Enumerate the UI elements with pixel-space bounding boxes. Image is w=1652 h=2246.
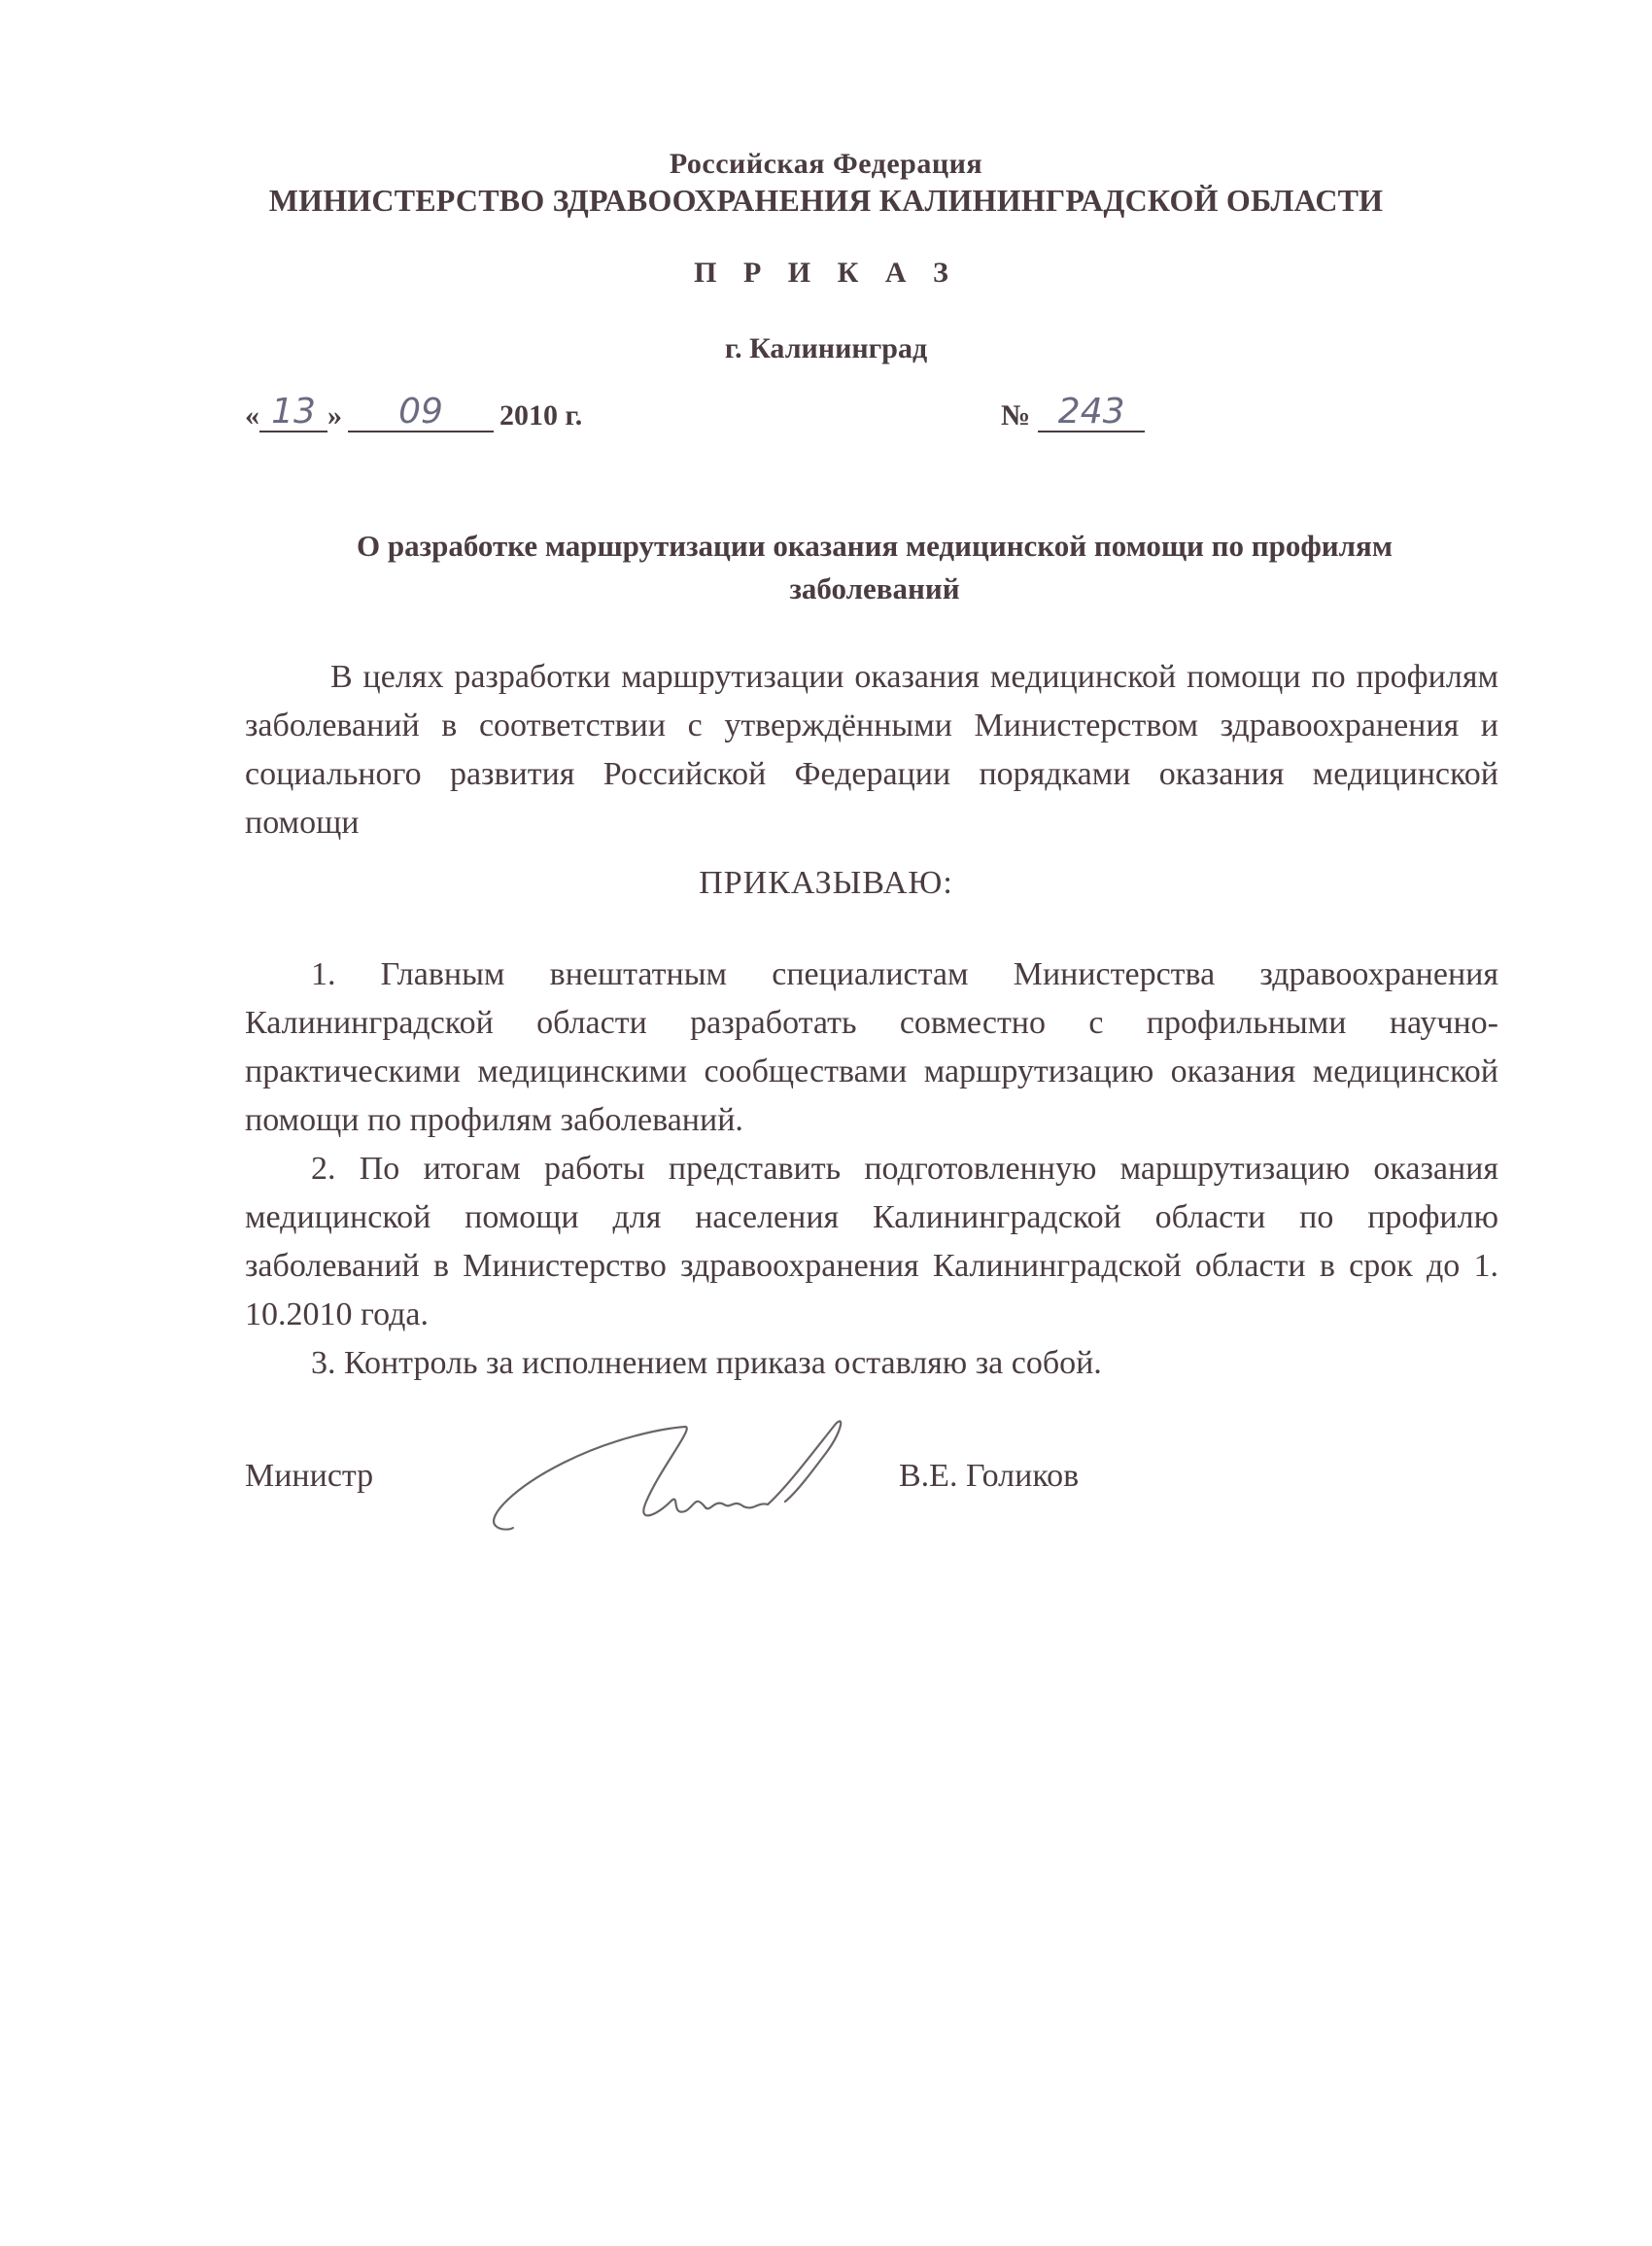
city: г. Калининград bbox=[0, 332, 1652, 365]
date-year: 2010 г. bbox=[499, 399, 582, 432]
handwritten-signature-icon bbox=[476, 1409, 884, 1536]
order-item-2: 2. По итогам работы представить подготов… bbox=[245, 1145, 1498, 1339]
ministry-heading: МИНИСТЕРСТВО ЗДРАВООХРАНЕНИЯ КАЛИНИНГРАД… bbox=[0, 183, 1652, 219]
number-label: № bbox=[1001, 399, 1030, 432]
date-month-handwritten: 09 bbox=[348, 394, 494, 432]
date-day-handwritten: 13 bbox=[259, 394, 327, 432]
order-items-list: 1. Главным внештатным специалистам Минис… bbox=[245, 950, 1498, 1388]
order-keyword: ПРИКАЗЫВАЮ: bbox=[0, 865, 1652, 902]
order-item-3: 3. Контроль за исполнением приказа остав… bbox=[245, 1339, 1498, 1388]
order-date: «13»092010 г. bbox=[245, 394, 582, 432]
date-open-quote: « bbox=[245, 399, 259, 432]
order-item-1: 1. Главным внештатным специалистам Минис… bbox=[245, 950, 1498, 1145]
order-subject: О разработке маршрутизации оказания меди… bbox=[272, 525, 1477, 610]
document-type: П Р И К А З bbox=[0, 257, 1652, 290]
country-heading: Российская Федерация bbox=[0, 148, 1652, 181]
preamble-paragraph: В целях разработки маршрутизации оказани… bbox=[245, 653, 1498, 847]
order-number: №243 bbox=[1001, 394, 1145, 432]
date-close-quote: » bbox=[327, 399, 342, 432]
signatory-role: Министр bbox=[245, 1458, 373, 1495]
number-handwritten: 243 bbox=[1038, 394, 1145, 432]
signatory-name: В.Е. Голиков bbox=[899, 1458, 1079, 1495]
